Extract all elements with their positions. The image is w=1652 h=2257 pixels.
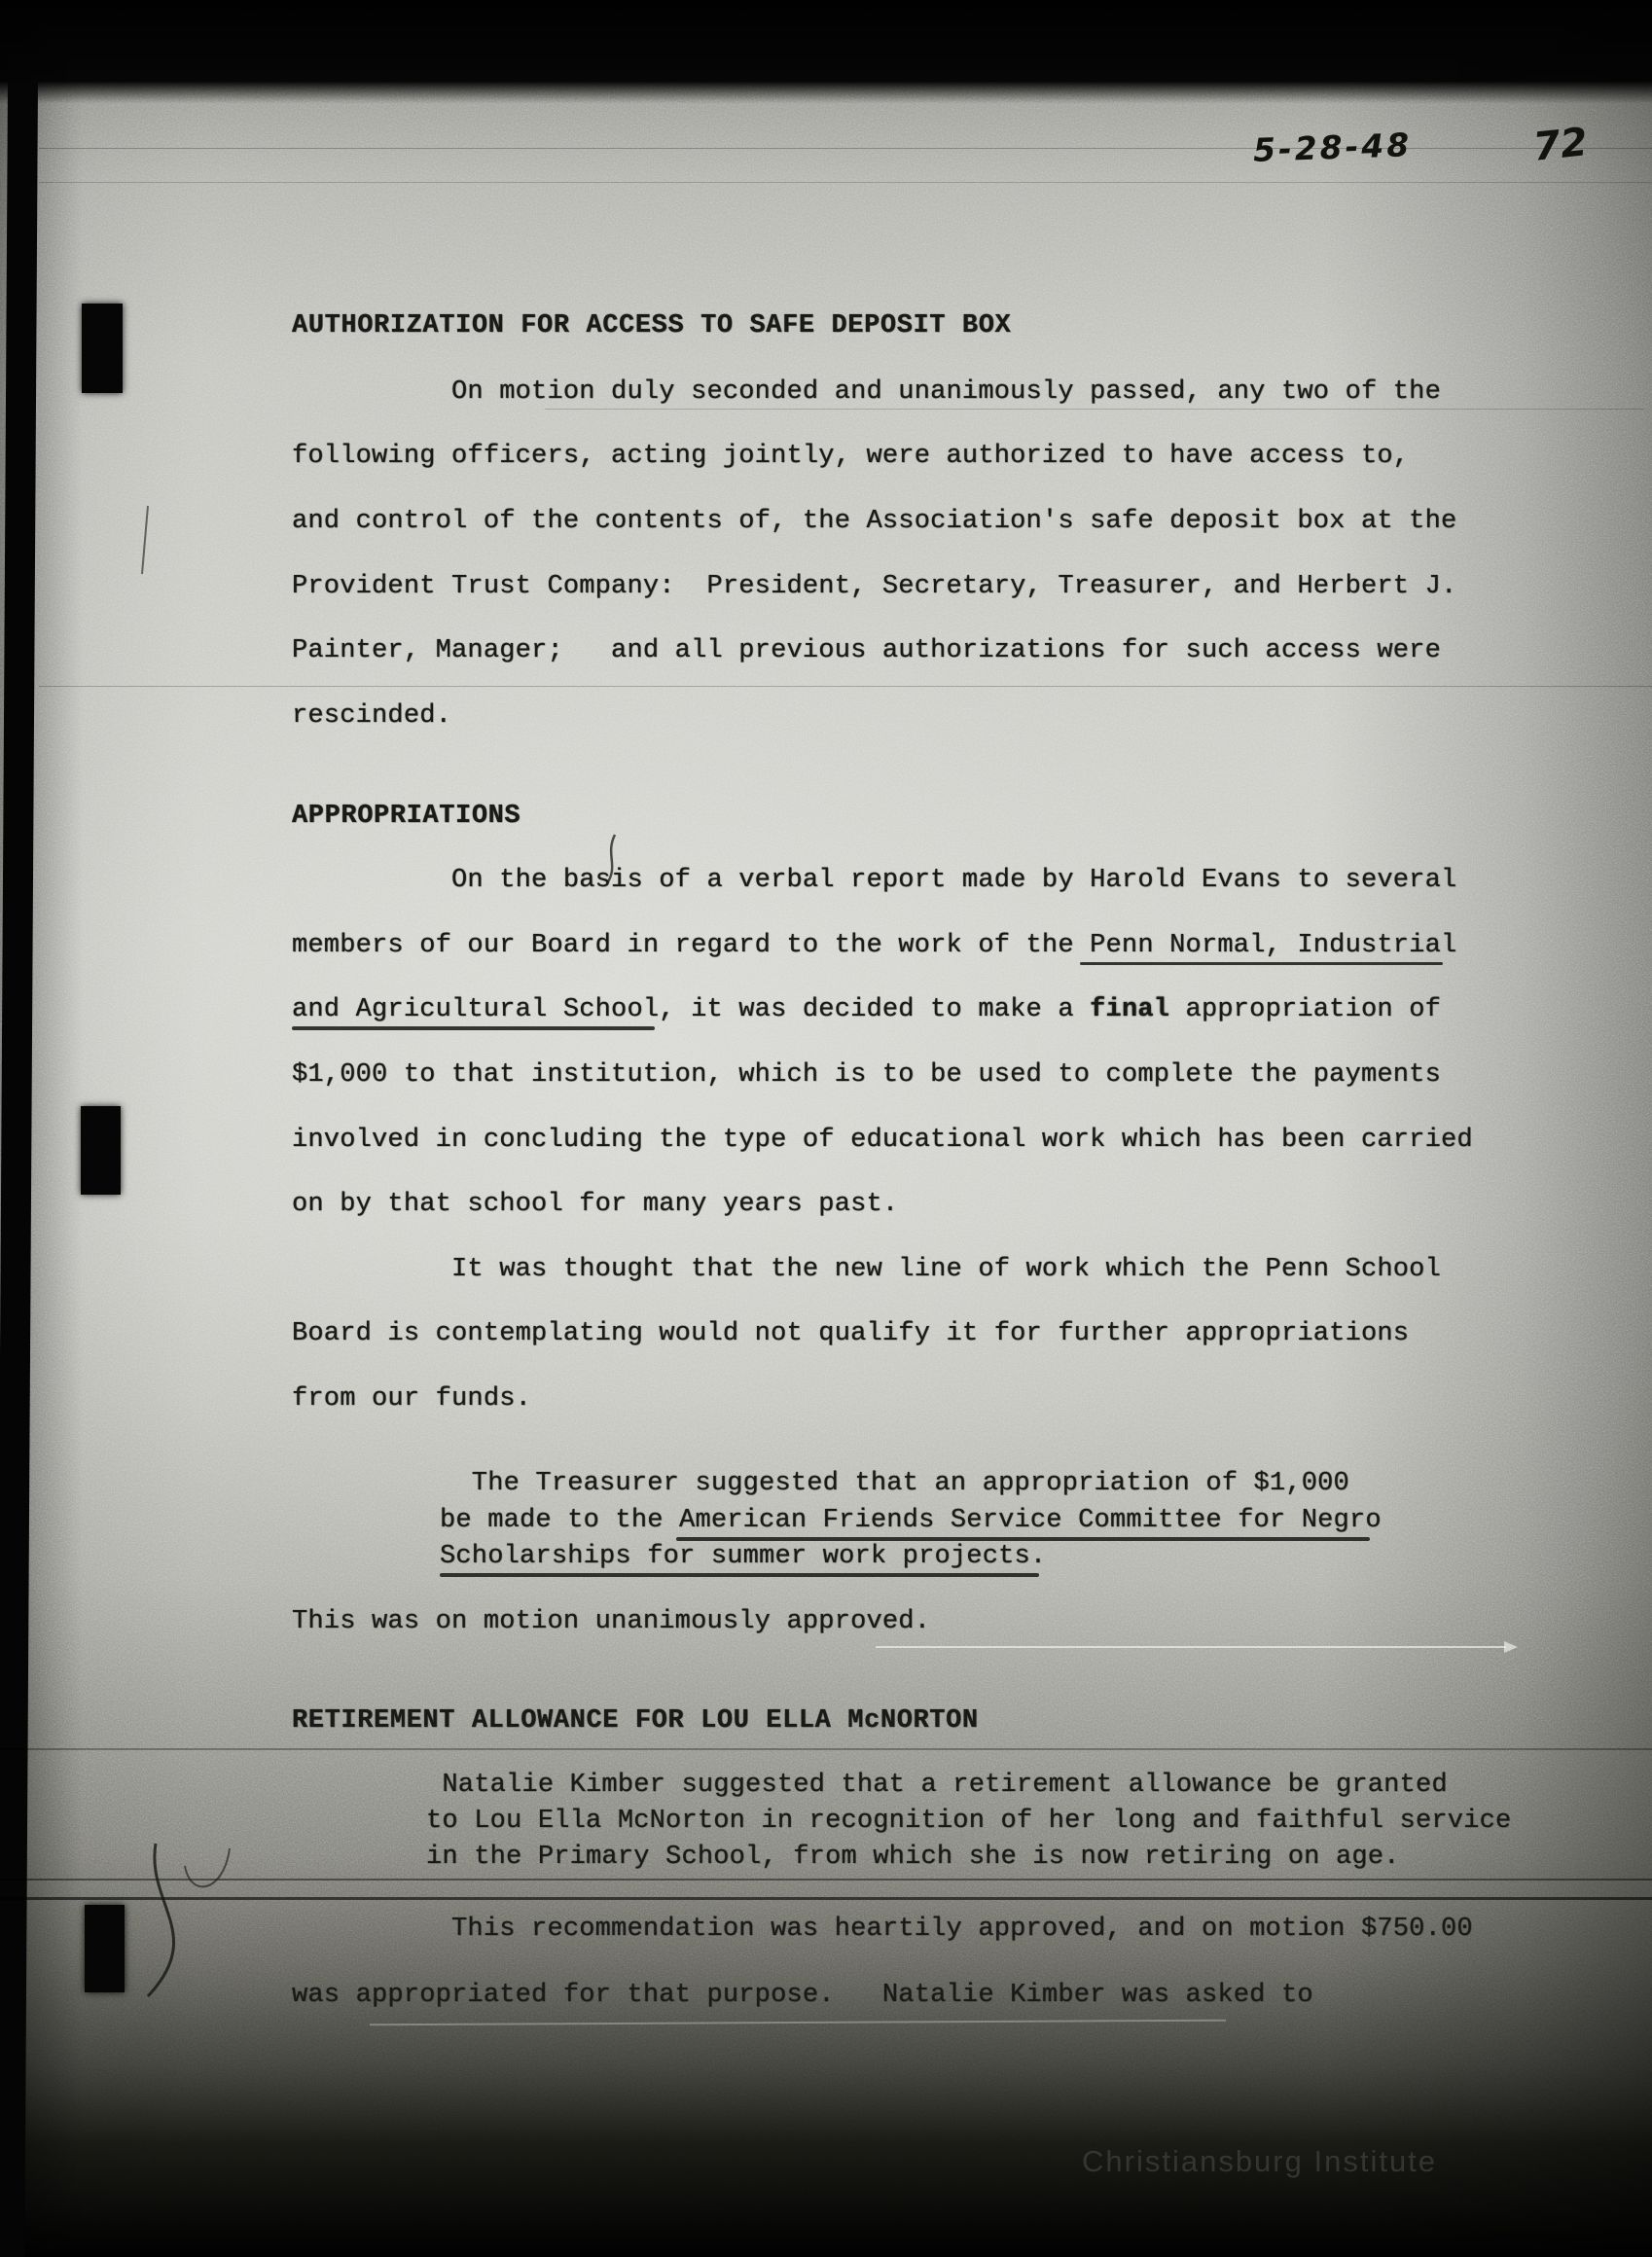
document-line: following officers, acting jointly, were… [292, 440, 1409, 473]
line-text: and Agricultural School, it was decided … [292, 995, 1090, 1024]
archive-watermark: Christiansburg Institute [1082, 2144, 1437, 2179]
underline-penn-normal-industrial [1080, 962, 1443, 965]
microfilm-scan-frame: { "page": { "date_annotation": "5-28-48"… [0, 0, 1652, 2257]
document-line: and control of the contents of, the Asso… [292, 505, 1456, 538]
underline-afsc-for-negro [676, 1537, 1370, 1541]
document-line: This recommendation was heartily approve… [292, 1913, 1473, 1946]
document-line: It was thought that the new line of work… [292, 1253, 1441, 1286]
blockquote-line: Natalie Kimber suggested that a retireme… [426, 1769, 1448, 1802]
document-line: $1,000 to that institution, which is to … [292, 1058, 1441, 1092]
document-line: was appropriated for that purpose. Natal… [292, 1979, 1313, 2012]
line-text: appropriation of [1169, 995, 1441, 1024]
document-line: members of our Board in regard to the wo… [292, 929, 1456, 962]
handwritten-date: 5-28-48 [1252, 125, 1412, 169]
underline-and-agricultural-school [292, 1026, 655, 1030]
handwritten-page-number: 72 [1531, 120, 1590, 170]
section-heading-appropriations: APPROPRIATIONS [292, 800, 521, 833]
blockquote-line: Scholarships for summer work projects. [440, 1540, 1046, 1573]
blockquote-line: to Lou Ella McNorton in recognition of h… [426, 1805, 1511, 1838]
document-line: This was on motion unanimously approved. [292, 1605, 930, 1638]
document-line: rescinded. [292, 699, 451, 733]
document-line: and Agricultural School, it was decided … [292, 993, 1441, 1026]
document-line: On the basis of a verbal report made by … [292, 864, 1456, 897]
blockquote-line: in the Primary School, from which she is… [426, 1841, 1400, 1874]
document-line: involved in concluding the type of educa… [292, 1124, 1473, 1157]
document-line: Painter, Manager; and all previous autho… [292, 634, 1441, 667]
emphasized-word: final [1090, 995, 1169, 1024]
document-line: Board is contemplating would not qualify… [292, 1317, 1409, 1350]
document-line: On motion duly seconded and unanimously … [292, 376, 1441, 409]
document-line: on by that school for many years past. [292, 1188, 898, 1221]
section-heading-retirement: RETIREMENT ALLOWANCE FOR LOU ELLA McNORT… [292, 1704, 979, 1738]
document-line: Provident Trust Company: President, Secr… [292, 570, 1456, 603]
section-heading-authorization: AUTHORIZATION FOR ACCESS TO SAFE DEPOSIT… [292, 309, 1011, 342]
document-line: from our funds. [292, 1382, 531, 1415]
blockquote-line: The Treasurer suggested that an appropri… [440, 1467, 1349, 1500]
blockquote-line: be made to the American Friends Service … [440, 1504, 1382, 1537]
underline-scholarships-projects [440, 1573, 1039, 1577]
